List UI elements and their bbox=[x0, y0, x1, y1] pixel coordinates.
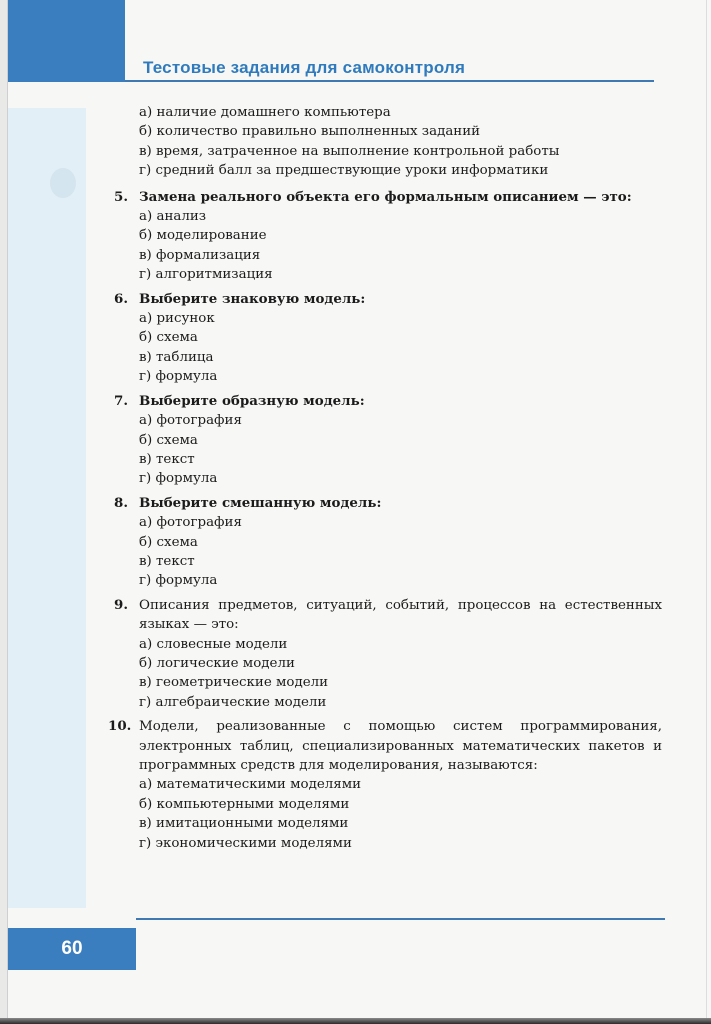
header-color-block bbox=[8, 0, 125, 82]
question-number: 6. bbox=[114, 290, 139, 309]
option: г) формула bbox=[114, 469, 662, 488]
option: г) алгебраические модели bbox=[114, 693, 662, 712]
page-right-edge bbox=[706, 0, 707, 1024]
option: б) количество правильно выполненных зада… bbox=[114, 122, 662, 141]
margin-emblem-icon bbox=[50, 168, 76, 198]
option: а) фотография bbox=[114, 513, 662, 532]
question-9: 9. Описания предметов, ситуаций, событий… bbox=[114, 596, 662, 712]
question-10: 10. Модели, реализованные с помощью сист… bbox=[114, 717, 662, 853]
question-number: 5. bbox=[114, 188, 139, 207]
question-heading: 8. Выберите смешанную модель: bbox=[114, 494, 662, 513]
option: б) моделирование bbox=[114, 226, 662, 245]
question-number: 8. bbox=[114, 494, 139, 513]
option: а) математическими моделями bbox=[114, 775, 662, 794]
page-binding-edge bbox=[0, 0, 8, 1024]
question-heading: 5. Замена реального объекта его формальн… bbox=[114, 188, 662, 207]
question-heading: 10. Модели, реализованные с помощью сист… bbox=[114, 717, 662, 775]
question-heading: 9. Описания предметов, ситуаций, событий… bbox=[114, 596, 662, 635]
option: б) логические модели bbox=[114, 654, 662, 673]
option: б) схема bbox=[114, 533, 662, 552]
question-5: 5. Замена реального объекта его формальн… bbox=[114, 188, 662, 285]
question-text: Выберите смешанную модель: bbox=[139, 494, 662, 513]
option: а) анализ bbox=[114, 207, 662, 226]
option: г) средний балл за предшествующие уроки … bbox=[114, 161, 662, 180]
question-text: Модели, реализованные с помощью систем п… bbox=[139, 717, 662, 775]
question-heading: 7. Выберите образную модель: bbox=[114, 392, 662, 411]
question-number: 10. bbox=[108, 717, 133, 775]
option: б) компьютерными моделями bbox=[114, 795, 662, 814]
option: в) имитационными моделями bbox=[114, 814, 662, 833]
question-text: Выберите образную модель: bbox=[139, 392, 662, 411]
question-text: Замена реального объекта его формальным … bbox=[139, 188, 662, 207]
option: а) наличие домашнего компьютера bbox=[114, 103, 662, 122]
footer-rule bbox=[136, 918, 665, 920]
option: а) фотография bbox=[114, 411, 662, 430]
option: а) словесные модели bbox=[114, 635, 662, 654]
footer-page-block: 60 bbox=[8, 928, 136, 970]
question-6: 6. Выберите знаковую модель: а) рисунок … bbox=[114, 290, 662, 387]
option: в) таблица bbox=[114, 348, 662, 367]
option: а) рисунок bbox=[114, 309, 662, 328]
question-text: Описания предметов, ситуаций, событий, п… bbox=[139, 596, 662, 635]
option: б) схема bbox=[114, 431, 662, 450]
question-7: 7. Выберите образную модель: а) фотограф… bbox=[114, 392, 662, 489]
question-number: 9. bbox=[114, 596, 139, 635]
page-number: 60 bbox=[61, 938, 82, 960]
option: г) алгоритмизация bbox=[114, 265, 662, 284]
question-number: 7. bbox=[114, 392, 139, 411]
header-rule bbox=[125, 80, 654, 82]
option: г) формула bbox=[114, 367, 662, 386]
option: в) время, затраченное на выполнение конт… bbox=[114, 142, 662, 161]
question-text: Выберите знаковую модель: bbox=[139, 290, 662, 309]
option: б) схема bbox=[114, 328, 662, 347]
continued-options: а) наличие домашнего компьютера б) колич… bbox=[114, 103, 662, 181]
question-heading: 6. Выберите знаковую модель: bbox=[114, 290, 662, 309]
option: в) текст bbox=[114, 450, 662, 469]
option: в) текст bbox=[114, 552, 662, 571]
scan-bottom-edge bbox=[0, 1018, 711, 1024]
margin-stripe bbox=[8, 108, 86, 908]
test-content: а) наличие домашнего компьютера б) колич… bbox=[114, 103, 662, 853]
option: в) геометрические модели bbox=[114, 673, 662, 692]
page-title: Тестовые задания для самоконтроля bbox=[143, 58, 465, 78]
option: г) формула bbox=[114, 571, 662, 590]
question-8: 8. Выберите смешанную модель: а) фотогра… bbox=[114, 494, 662, 591]
option: г) экономическими моделями bbox=[114, 834, 662, 853]
option: в) формализация bbox=[114, 246, 662, 265]
